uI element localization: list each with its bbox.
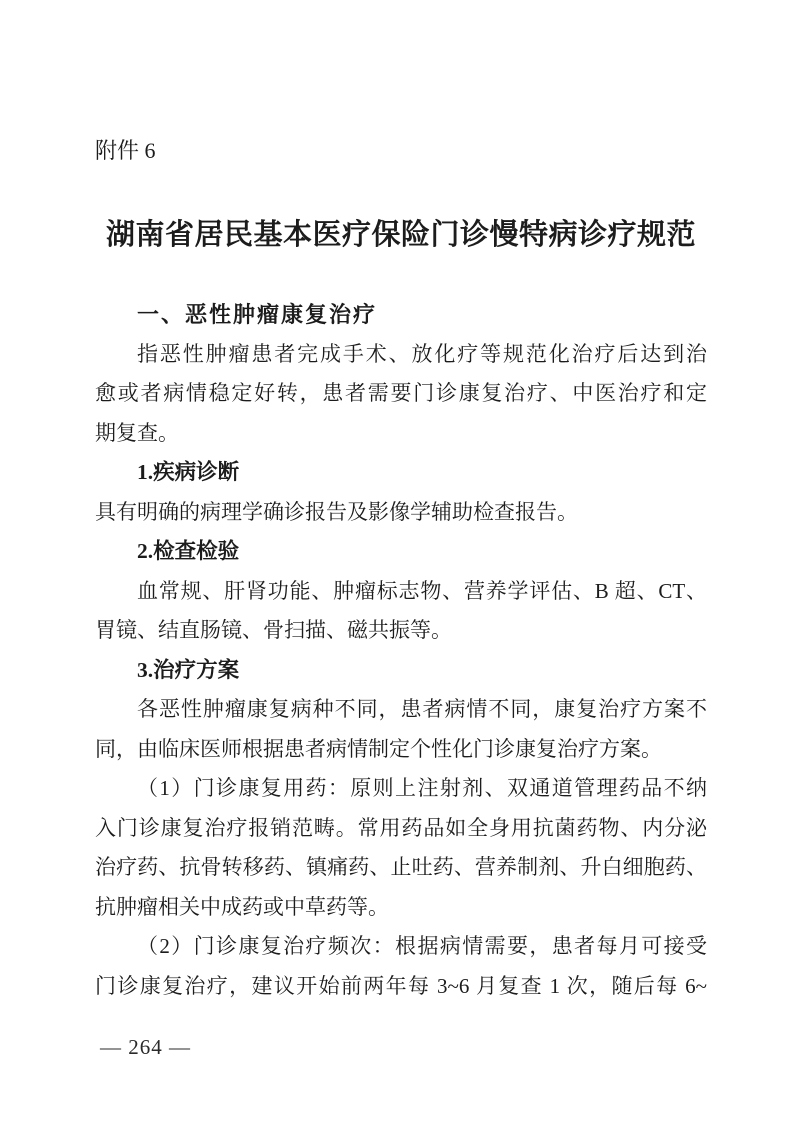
text-line: 期复查。 <box>95 414 707 454</box>
treatment-paragraph-3: （2）门诊康复治疗频次：根据病情需要，患者每月可接受 门诊康复治疗，建议开始前两… <box>95 927 707 1006</box>
text-line: 指恶性肿瘤患者完成手术、放化疗等规范化治疗后达到治 <box>95 335 707 375</box>
text-line: （2）门诊康复治疗频次：根据病情需要，患者每月可接受 <box>95 927 707 967</box>
treatment-paragraph-2: （1）门诊康复用药：原则上注射剂、双通道管理药品不纳 入门诊康复治疗报销范畴。常… <box>95 769 707 927</box>
text-line: 治疗药、抗骨转移药、镇痛药、止吐药、营养制剂、升白细胞药、 <box>95 848 707 888</box>
examination-paragraph: 血常规、肝肾功能、肿瘤标志物、营养学评估、B 超、CT、 胃镜、结直肠镜、骨扫描… <box>95 572 707 651</box>
subsection-heading-treatment: 3.治疗方案 <box>95 651 707 691</box>
text-line: 门诊康复治疗，建议开始前两年每 3~6 月复查 1 次，随后每 6~ <box>95 967 707 1007</box>
document-title: 湖南省居民基本医疗保险门诊慢特病诊疗规范 <box>95 214 707 256</box>
text-line: 同，由临床医师根据患者病情制定个性化门诊康复治疗方案。 <box>95 730 707 770</box>
page-number: — 264 — <box>100 1034 191 1060</box>
section-heading: 一、恶性肿瘤康复治疗 <box>95 295 707 335</box>
treatment-paragraph-1: 各恶性肿瘤康复病种不同，患者病情不同，康复治疗方案不 同，由临床医师根据患者病情… <box>95 690 707 769</box>
intro-paragraph: 指恶性肿瘤患者完成手术、放化疗等规范化治疗后达到治 愈或者病情稳定好转，患者需要… <box>95 335 707 454</box>
text-line: 血常规、肝肾功能、肿瘤标志物、营养学评估、B 超、CT、 <box>95 572 707 612</box>
text-line: 抗肿瘤相关中成药或中草药等。 <box>95 888 707 928</box>
text-line: （1）门诊康复用药：原则上注射剂、双通道管理药品不纳 <box>95 769 707 809</box>
document-page: 附件 6 湖南省居民基本医疗保险门诊慢特病诊疗规范 一、恶性肿瘤康复治疗 指恶性… <box>0 0 793 1122</box>
text-line: 胃镜、结直肠镜、骨扫描、磁共振等。 <box>95 611 707 651</box>
page-content: 附件 6 湖南省居民基本医疗保险门诊慢特病诊疗规范 一、恶性肿瘤康复治疗 指恶性… <box>95 0 707 1006</box>
subsection-heading-diagnosis: 1.疾病诊断 <box>95 453 707 493</box>
attachment-label: 附件 6 <box>95 136 707 166</box>
subsection-heading-examination: 2.检查检验 <box>95 532 707 572</box>
text-line: 入门诊康复治疗报销范畴。常用药品如全身用抗菌药物、内分泌 <box>95 809 707 849</box>
text-line: 各恶性肿瘤康复病种不同，患者病情不同，康复治疗方案不 <box>95 690 707 730</box>
diagnosis-paragraph: 具有明确的病理学确诊报告及影像学辅助检查报告。 <box>95 493 707 533</box>
text-line: 愈或者病情稳定好转，患者需要门诊康复治疗、中医治疗和定 <box>95 374 707 414</box>
text-line: 具有明确的病理学确诊报告及影像学辅助检查报告。 <box>95 493 707 533</box>
